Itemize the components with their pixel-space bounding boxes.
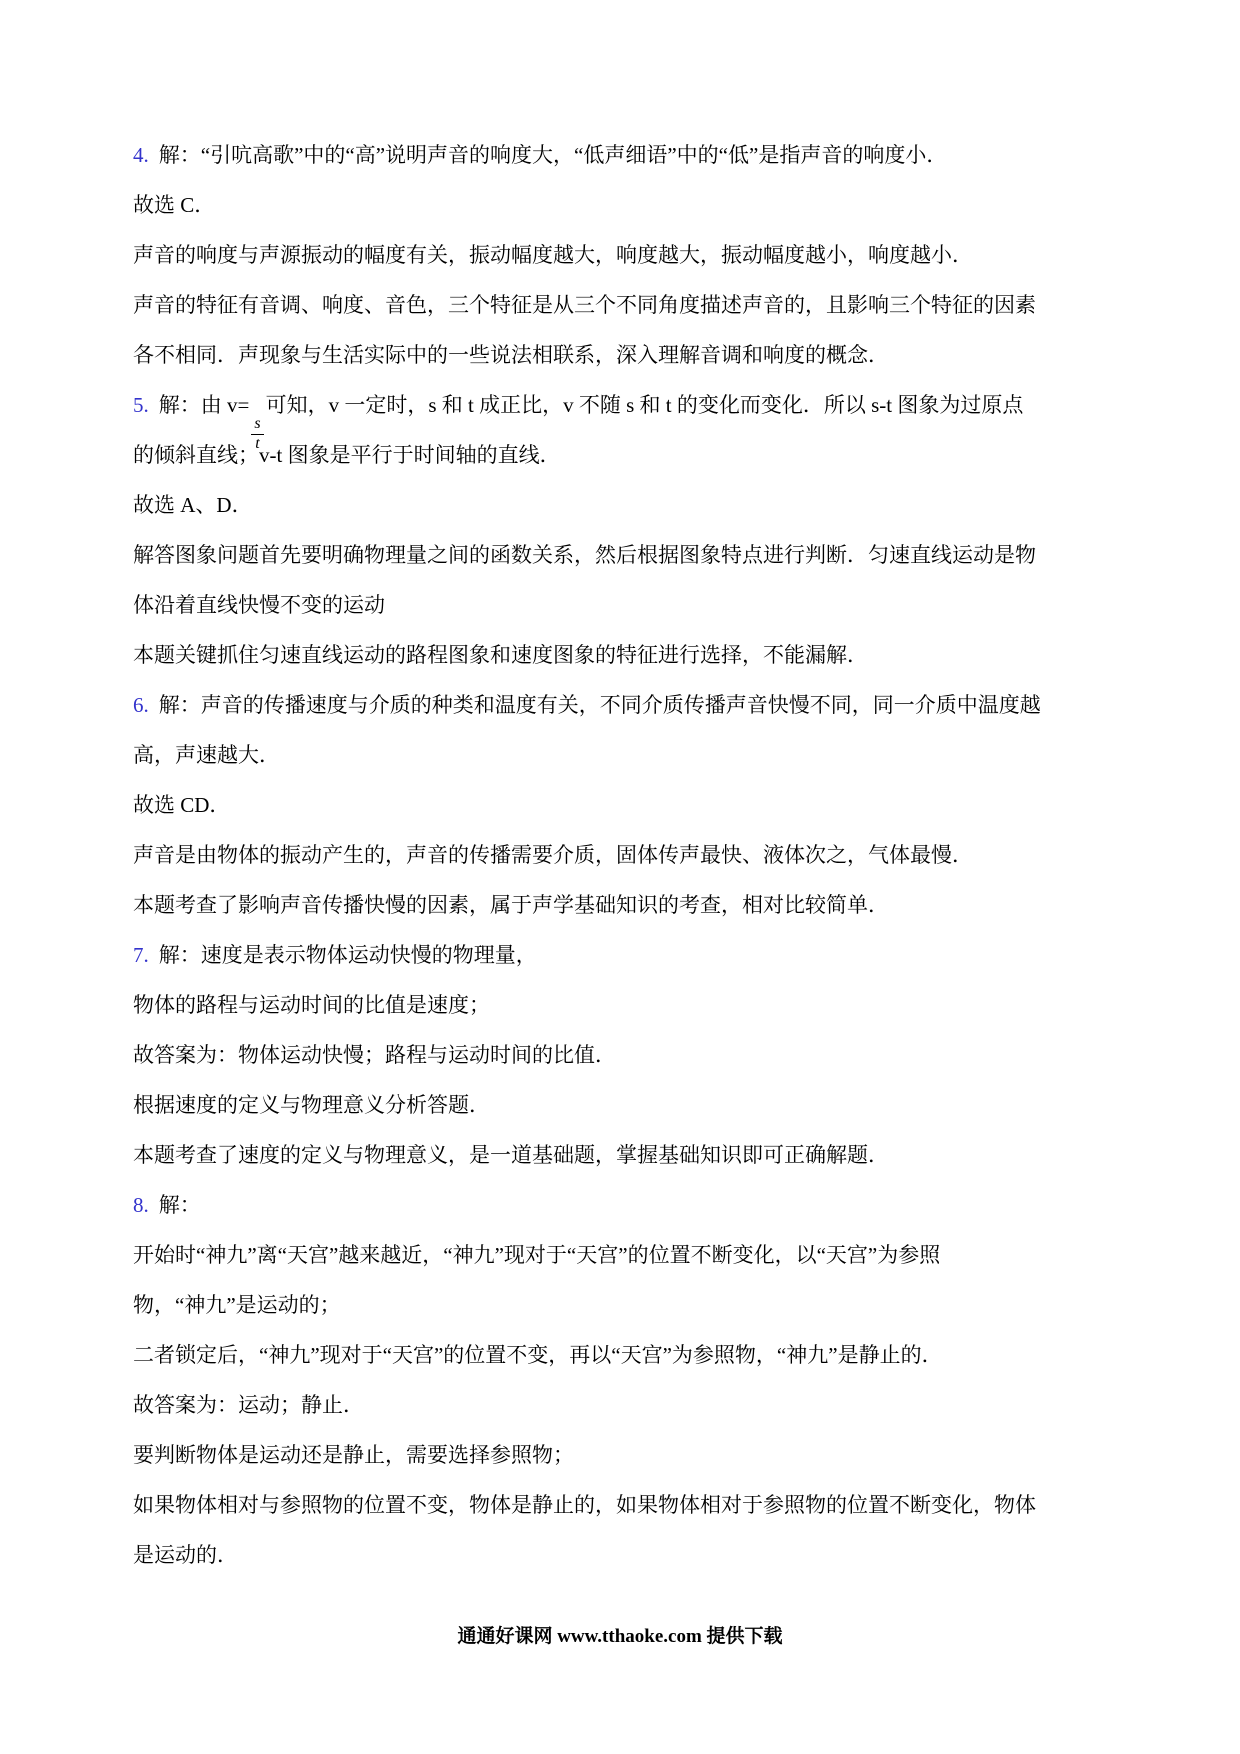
line-text: 解答图象问题首先要明确物理量之间的函数关系，然后根据图象特点进行判断．匀速直线运… bbox=[133, 543, 1036, 567]
line-text: 解： bbox=[159, 1193, 201, 1217]
answer-line-q4-4: 声音的特征有音调、响度、音色，三个特征是从三个不同角度描述声音的，且影响三个特征… bbox=[133, 280, 1107, 330]
line-text: 声音是由物体的振动产生的，声音的传播需要介质，固体传声最快、液体次之，气体最慢． bbox=[133, 843, 973, 867]
line-text: 的倾斜直线；v-t 图象是平行于时间轴的直线． bbox=[133, 443, 561, 467]
answer-line-q4-1: 4.解：“引吭高歌”中的“高”说明声音的响度大，“低声细语”中的“低”是指声音的… bbox=[133, 130, 1107, 180]
line-text: 故答案为：运动；静止． bbox=[133, 1393, 364, 1417]
answer-line-q5-5: 体沿着直线快慢不变的运动 bbox=[133, 580, 1107, 630]
line-text: 故选 C． bbox=[133, 193, 215, 217]
item-number-4: 4. bbox=[133, 143, 149, 167]
line-text: 声音的响度与声源振动的幅度有关，振动幅度越大，响度越大，振动幅度越小，响度越小． bbox=[133, 243, 973, 267]
line-text: 高，声速越大． bbox=[133, 743, 280, 767]
answer-line-q7-5: 本题考查了速度的定义与物理意义，是一道基础题，掌握基础知识即可正确解题． bbox=[133, 1130, 1107, 1180]
answer-line-q8-8: 是运动的． bbox=[133, 1530, 1107, 1580]
answer-line-q8-4: 二者锁定后，“神九”现对于“天宫”的位置不变，再以“天宫”为参照物，“神九”是静… bbox=[133, 1330, 1107, 1380]
item-number-7: 7. bbox=[133, 943, 149, 967]
answer-line-q8-5: 故答案为：运动；静止． bbox=[133, 1380, 1107, 1430]
item-number-6: 6. bbox=[133, 693, 149, 717]
line-text: 解：由 v= bbox=[159, 393, 250, 417]
answers-content: 4.解：“引吭高歌”中的“高”说明声音的响度大，“低声细语”中的“低”是指声音的… bbox=[0, 0, 1240, 1580]
watermark-footer: 通通好课网 www.tthaoke.com 提供下载 bbox=[0, 1620, 1240, 1654]
line-text: 根据速度的定义与物理意义分析答题． bbox=[133, 1093, 490, 1117]
answer-line-q5-6: 本题关键抓住匀速直线运动的路程图象和速度图象的特征进行选择，不能漏解． bbox=[133, 630, 1107, 680]
answer-line-q4-3: 声音的响度与声源振动的幅度有关，振动幅度越大，响度越大，振动幅度越小，响度越小． bbox=[133, 230, 1107, 280]
answer-line-q6-5: 本题考查了影响声音传播快慢的因素，属于声学基础知识的考查，相对比较简单． bbox=[133, 880, 1107, 930]
line-text: 故答案为：物体运动快慢；路程与运动时间的比值． bbox=[133, 1043, 616, 1067]
item-number-5: 5. bbox=[133, 393, 149, 417]
answer-line-q8-7: 如果物体相对与参照物的位置不变，物体是静止的，如果物体相对于参照物的位置不断变化… bbox=[133, 1480, 1107, 1530]
answer-line-q6-4: 声音是由物体的振动产生的，声音的传播需要介质，固体传声最快、液体次之，气体最慢． bbox=[133, 830, 1107, 880]
answer-line-q4-2: 故选 C． bbox=[133, 180, 1107, 230]
line-text: 开始时“神九”离“天宫”越来越近，“神九”现对于“天宫”的位置不断变化，以“天宫… bbox=[133, 1243, 940, 1267]
line-text: 解：速度是表示物体运动快慢的物理量， bbox=[159, 943, 537, 967]
answer-line-q5-3: 故选 A、D． bbox=[133, 480, 1107, 530]
line-text: 是运动的． bbox=[133, 1543, 238, 1567]
answer-line-q7-4: 根据速度的定义与物理意义分析答题． bbox=[133, 1080, 1107, 1130]
line-text: 故选 CD． bbox=[133, 793, 230, 817]
line-text: 故选 A、D． bbox=[133, 493, 253, 517]
line-text: 如果物体相对与参照物的位置不变，物体是静止的，如果物体相对于参照物的位置不断变化… bbox=[133, 1493, 1036, 1517]
answer-line-q5-2: 的倾斜直线；v-t 图象是平行于时间轴的直线． bbox=[133, 430, 1107, 480]
answer-line-q8-2: 开始时“神九”离“天宫”越来越近，“神九”现对于“天宫”的位置不断变化，以“天宫… bbox=[133, 1230, 1107, 1280]
line-text: 二者锁定后，“神九”现对于“天宫”的位置不变，再以“天宫”为参照物，“神九”是静… bbox=[133, 1343, 943, 1367]
line-text: 物体的路程与运动时间的比值是速度； bbox=[133, 993, 490, 1017]
answer-line-q7-1: 7.解：速度是表示物体运动快慢的物理量， bbox=[133, 930, 1107, 980]
line-text: 声音的特征有音调、响度、音色，三个特征是从三个不同角度描述声音的，且影响三个特征… bbox=[133, 293, 1036, 317]
answer-line-q5-4: 解答图象问题首先要明确物理量之间的函数关系，然后根据图象特点进行判断．匀速直线运… bbox=[133, 530, 1107, 580]
line-text: 可知，v 一定时，s 和 t 成正比，v 不随 s 和 t 的变化而变化．所以 … bbox=[266, 393, 1024, 417]
item-number-8: 8. bbox=[133, 1193, 149, 1217]
line-text: 本题考查了速度的定义与物理意义，是一道基础题，掌握基础知识即可正确解题． bbox=[133, 1143, 889, 1167]
answer-line-q8-1: 8.解： bbox=[133, 1180, 1107, 1230]
answer-line-q7-3: 故答案为：物体运动快慢；路程与运动时间的比值． bbox=[133, 1030, 1107, 1080]
answer-line-q4-5: 各不相同．声现象与生活实际中的一些说法相联系，深入理解音调和响度的概念． bbox=[133, 330, 1107, 380]
line-text: 本题关键抓住匀速直线运动的路程图象和速度图象的特征进行选择，不能漏解． bbox=[133, 643, 868, 667]
answer-line-q7-2: 物体的路程与运动时间的比值是速度； bbox=[133, 980, 1107, 1030]
line-text: 要判断物体是运动还是静止，需要选择参照物； bbox=[133, 1443, 574, 1467]
document-page: 4.解：“引吭高歌”中的“高”说明声音的响度大，“低声细语”中的“低”是指声音的… bbox=[0, 0, 1240, 1754]
answer-line-q8-3: 物，“神九”是运动的； bbox=[133, 1280, 1107, 1330]
line-text: 体沿着直线快慢不变的运动 bbox=[133, 593, 385, 617]
answer-line-q5-1: 5.解：由 v=st可知，v 一定时，s 和 t 成正比，v 不随 s 和 t … bbox=[133, 380, 1107, 430]
answer-line-q6-2: 高，声速越大． bbox=[133, 730, 1107, 780]
answer-line-q6-1: 6.解：声音的传播速度与介质的种类和温度有关，不同介质传播声音快慢不同，同一介质… bbox=[133, 680, 1107, 730]
line-text: 各不相同．声现象与生活实际中的一些说法相联系，深入理解音调和响度的概念． bbox=[133, 343, 889, 367]
line-text: 本题考查了影响声音传播快慢的因素，属于声学基础知识的考查，相对比较简单． bbox=[133, 893, 889, 917]
line-text: 解：声音的传播速度与介质的种类和温度有关，不同介质传播声音快慢不同，同一介质中温… bbox=[159, 693, 1041, 717]
answer-line-q6-3: 故选 CD． bbox=[133, 780, 1107, 830]
answer-line-q8-6: 要判断物体是运动还是静止，需要选择参照物； bbox=[133, 1430, 1107, 1480]
line-text: 解：“引吭高歌”中的“高”说明声音的响度大，“低声细语”中的“低”是指声音的响度… bbox=[159, 143, 948, 167]
line-text: 物，“神九”是运动的； bbox=[133, 1293, 341, 1317]
